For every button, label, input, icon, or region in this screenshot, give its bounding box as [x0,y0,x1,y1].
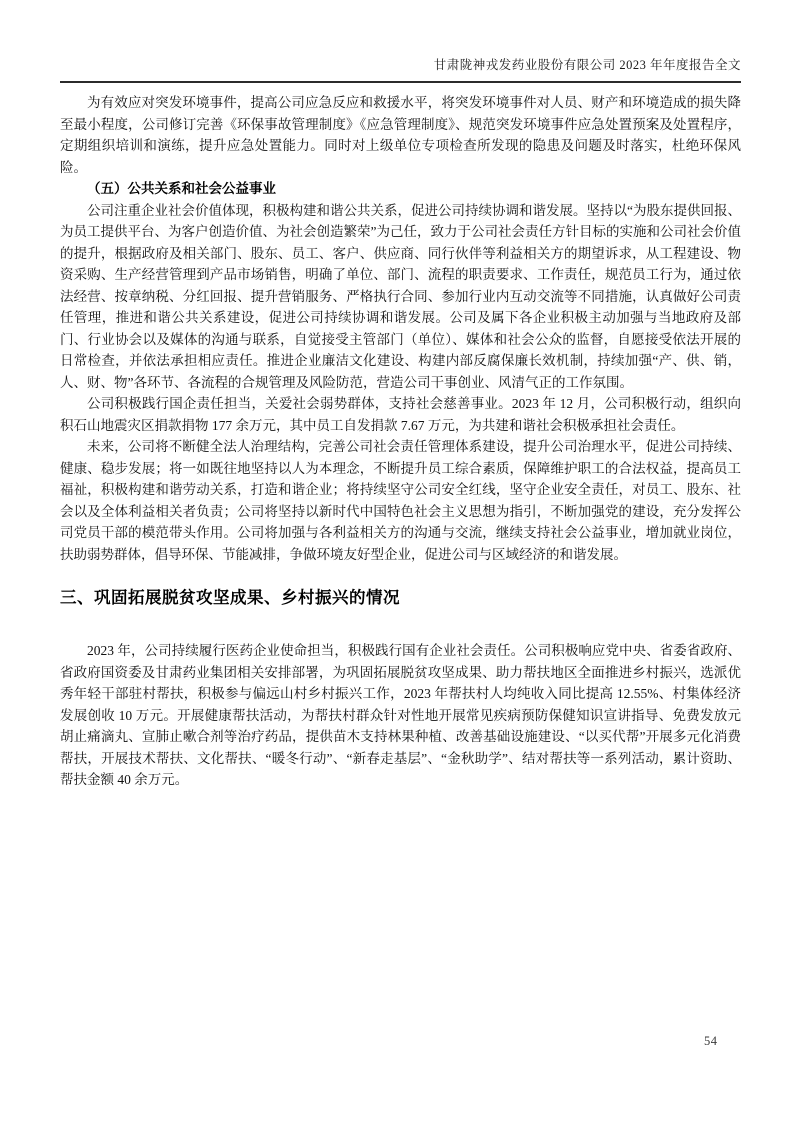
report-title: 甘肃陇神戎发药业股份有限公司 2023 年年度报告全文 [434,58,741,72]
section-heading-rural-revitalization: 三、巩固拓展脱贫攻坚成果、乡村振兴的情况 [60,587,741,609]
page-header: 甘肃陇神戎发药业股份有限公司 2023 年年度报告全文 [60,57,741,83]
document-page: 甘肃陇神戎发药业股份有限公司 2023 年年度报告全文 为有效应对突发环境事件，… [0,0,793,1122]
paragraph-future-commitments: 未来，公司将不断健全法人治理结构，完善公司社会责任管理体系建设，提升公司治理水平… [60,436,741,565]
paragraph-rural-revitalization: 2023 年，公司持续履行医药企业使命担当，积极践行国有企业社会责任。公司积极响… [60,640,741,791]
paragraph-charity-donation: 公司积极践行国企责任担当，关爱社会弱势群体，支持社会慈善事业。2023 年 12… [60,393,741,436]
paragraph-environment-response: 为有效应对突发环境事件，提高公司应急反应和救援水平，将突发环境事件对人员、财产和… [60,92,741,178]
document-body: 为有效应对突发环境事件，提高公司应急反应和救援水平，将突发环境事件对人员、财产和… [60,92,741,791]
paragraph-public-relations: 公司注重企业社会价值体现，积极构建和谐公共关系，促进公司持续协调和谐发展。坚持以… [60,200,741,394]
page-number: 54 [704,1034,718,1049]
section-heading-public-welfare: （五）公共关系和社会公益事业 [60,178,741,200]
